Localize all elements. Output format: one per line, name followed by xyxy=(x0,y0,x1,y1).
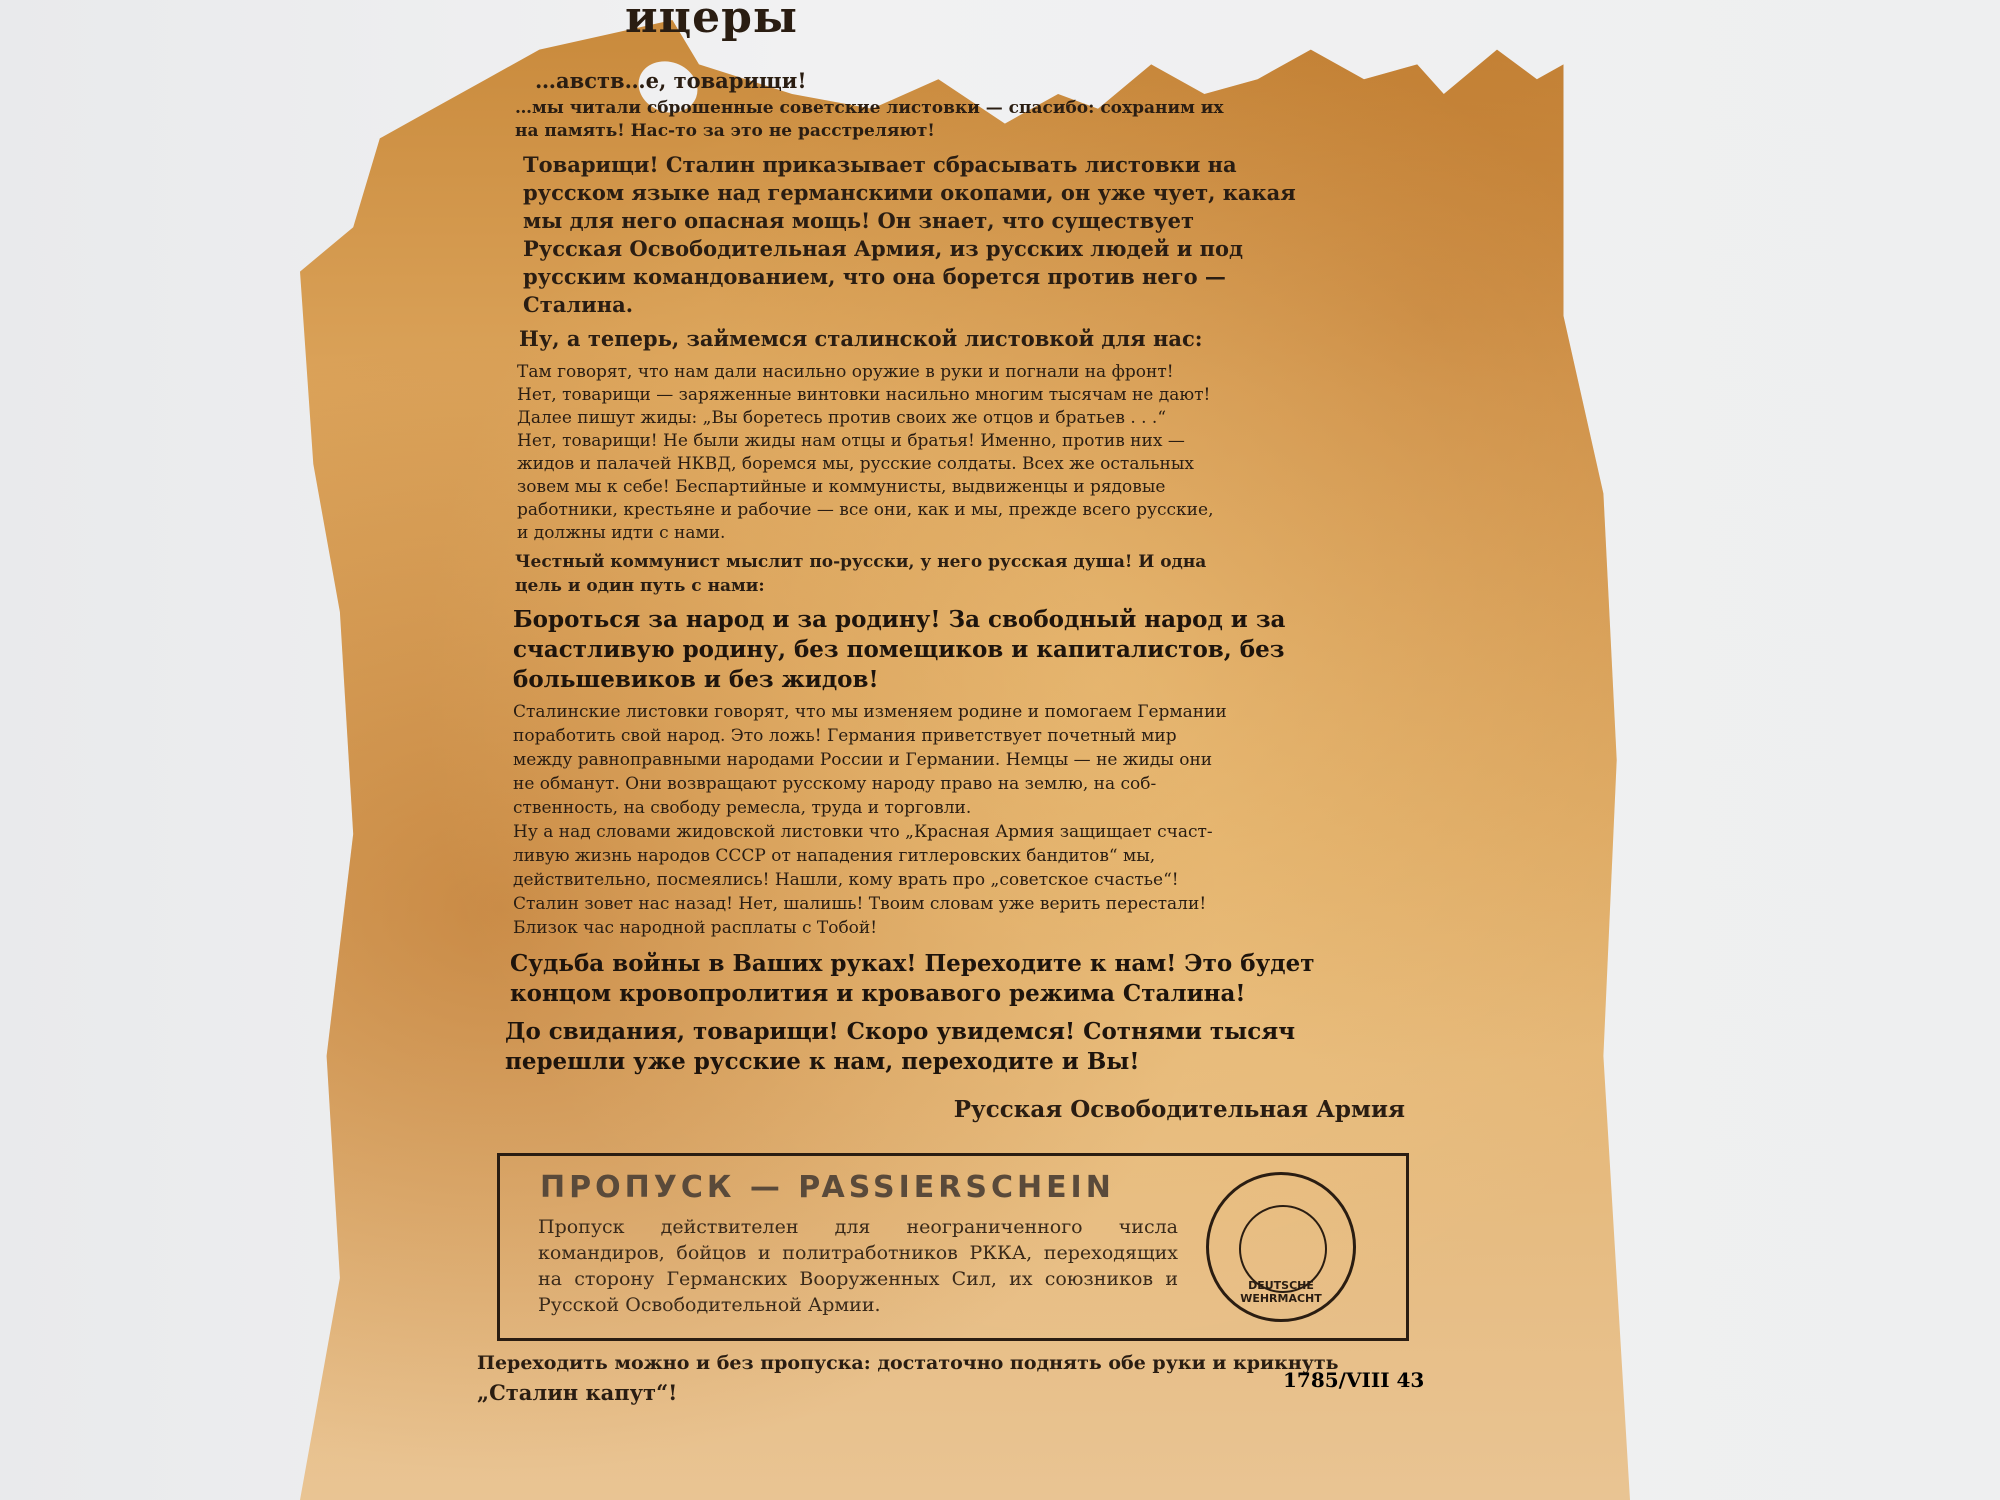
para2-line: Нет, товарищи — заряженные винтовки наси… xyxy=(517,385,1210,405)
para4-line: Ну а над словами жидовской листовки что … xyxy=(513,822,1213,842)
pass-text: Пропуск действителен для неограниченного… xyxy=(538,1214,1178,1318)
para4-line: ственность, на свободу ремесла, труда и … xyxy=(513,798,971,818)
para1-line: Товарищи! Сталин приказывает сбрасывать … xyxy=(523,152,1237,177)
para4-line: между равноправными народами России и Ге… xyxy=(513,750,1212,770)
para4-line: Сталинские листовки говорят, что мы изме… xyxy=(513,702,1227,722)
para4-line: Сталин зовет нас назад! Нет, шалишь! Тво… xyxy=(513,894,1206,914)
para1-line: Сталина. xyxy=(523,292,633,317)
para4-line: не обманут. Они возвращают русскому наро… xyxy=(513,774,1156,794)
para4-line: Близок час народной расплаты с Тобой! xyxy=(513,918,877,938)
para1-line: Русская Освободительная Армия, из русски… xyxy=(523,236,1243,261)
pass-title: ПРОПУСК — PASSIERSCHEIN xyxy=(540,1170,1115,1205)
para1-line: русским командованием, что она борется п… xyxy=(523,264,1226,289)
intro-line: …мы читали сброшенные советские листовки… xyxy=(515,98,1224,118)
call-line: концом кровопролития и кровавого режима … xyxy=(510,980,1246,1007)
slogan-line: Бороться за народ и за родину! За свобод… xyxy=(513,606,1285,633)
seal-text: DEUTSCHE WEHRMACHT xyxy=(1209,1279,1353,1305)
slogan-line: большевиков и без жидов! xyxy=(513,666,879,693)
para2-line: зовем мы к себе! Беспартийные и коммунис… xyxy=(517,477,1165,497)
para2-line: работники, крестьяне и рабочие — все они… xyxy=(517,500,1213,520)
seal-stamp-icon: DEUTSCHE WEHRMACHT xyxy=(1206,1172,1356,1322)
para2-line: Там говорят, что нам дали насильно оружи… xyxy=(517,362,1174,382)
call-line: Судьба войны в Ваших руках! Переходите к… xyxy=(510,950,1314,977)
pass-box: ПРОПУСК — PASSIERSCHEIN Пропуск действит… xyxy=(497,1153,1409,1341)
para4-line: поработить свой народ. Это ложь! Германи… xyxy=(513,726,1177,746)
signature: Русская Освободительная Армия xyxy=(954,1096,1405,1123)
para2-line: Нет, товарищи! Не были жиды нам отцы и б… xyxy=(517,431,1185,451)
farewell-line: перешли уже русские к нам, переходите и … xyxy=(505,1048,1139,1075)
greeting: …авств…е, товарищи! xyxy=(535,68,807,93)
para2-line: жидов и палачей НКВД, боремся мы, русски… xyxy=(517,454,1194,474)
print-code: 1785/VIII 43 xyxy=(1283,1368,1424,1392)
para2-line: и должны идти с нами. xyxy=(517,523,725,543)
para3-line: Честный коммунист мыслит по-русски, у не… xyxy=(515,552,1206,572)
para4-line: действительно, посмеялись! Нашли, кому в… xyxy=(513,870,1179,890)
para1-line: мы для него опасная мощь! Он знает, что … xyxy=(523,208,1194,233)
para3-line: цель и один путь с нами: xyxy=(515,576,765,596)
para4-line: ливую жизнь народов СССР от нападения ги… xyxy=(513,846,1155,866)
slogan-line: счастливую родину, без помещиков и капит… xyxy=(513,636,1284,663)
footer-instruction: Переходить можно и без пропуска: достато… xyxy=(477,1352,1339,1374)
para1-line: русском языке над германскими окопами, о… xyxy=(523,180,1296,205)
section-heading: Ну, а теперь, займемся сталинской листов… xyxy=(519,326,1203,351)
farewell-line: До свидания, товарищи! Скоро увидемся! С… xyxy=(505,1018,1295,1045)
header-fragment: ицеры xyxy=(625,0,798,43)
para2-line: Далее пишут жиды: „Вы боретесь против св… xyxy=(517,408,1166,428)
footer-slogan: „Сталин капут“! xyxy=(477,1380,677,1405)
intro-line: на память! Нас-то за это не расстреляют! xyxy=(515,121,935,141)
